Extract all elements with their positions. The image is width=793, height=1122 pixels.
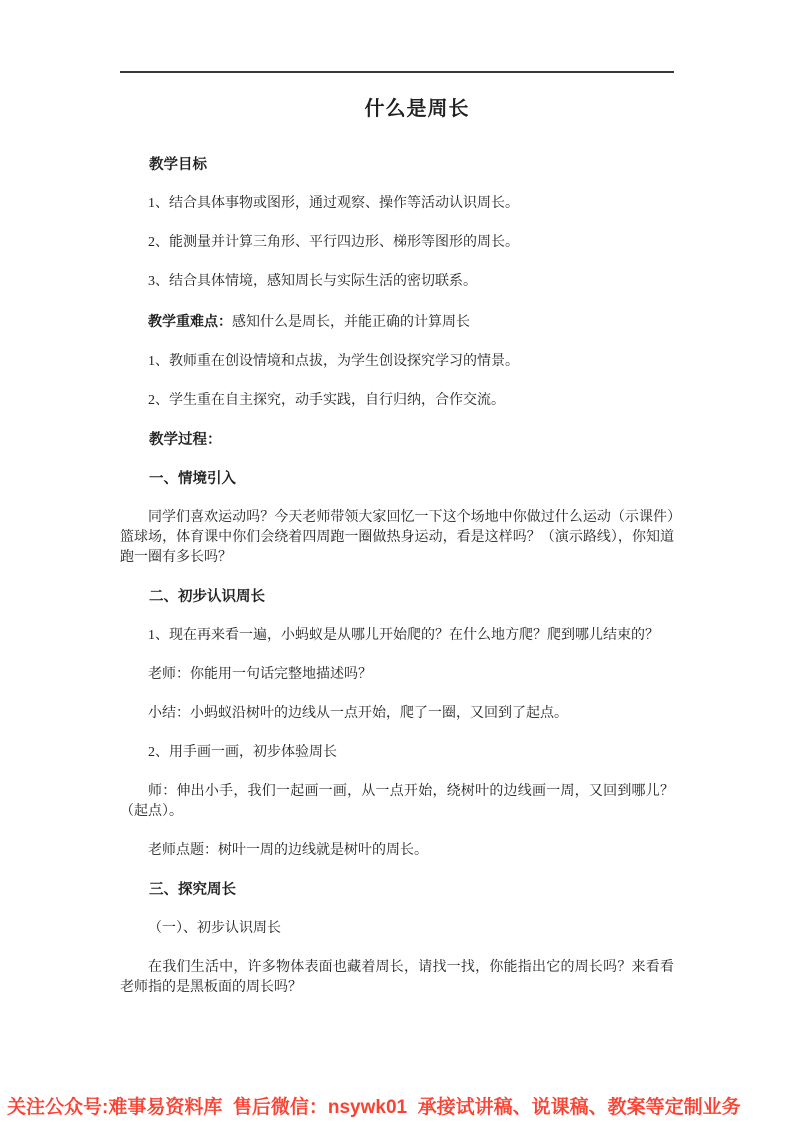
section-heading: 教学过程： — [120, 430, 674, 450]
document-page: 什么是周长 教学目标 1、结合具体事物或图形，通过观察、操作等活动认识周长。 2… — [0, 0, 793, 1122]
paragraph: 教学重难点：感知什么是周长，并能正确的计算周长 — [120, 311, 674, 333]
page-content: 什么是周长 教学目标 1、结合具体事物或图形，通过观察、操作等活动认识周长。 2… — [120, 0, 674, 1017]
section-heading: 三、探究周长 — [120, 880, 674, 900]
paragraph: 1、现在再来看一遍，小蚂蚁是从哪儿开始爬的？在什么地方爬？爬到哪儿结束的？ — [120, 626, 674, 646]
section-heading: 教学目标 — [120, 155, 674, 175]
document-body: 教学目标 1、结合具体事物或图形，通过观察、操作等活动认识周长。 2、能测量并计… — [120, 155, 674, 998]
paragraph: 老师：你能用一句话完整地描述吗？ — [120, 665, 674, 685]
paragraph: 师：伸出小手，我们一起画一画，从一点开始，绕树叶的边线画一周，又回到哪儿？（起点… — [120, 782, 674, 822]
section-heading: 一、情境引入 — [120, 469, 674, 489]
paragraph: 2、能测量并计算三角形、平行四边形、梯形等图形的周长。 — [120, 233, 674, 253]
paragraph: 3、结合具体情境，感知周长与实际生活的密切联系。 — [120, 272, 674, 292]
header-rule — [120, 71, 674, 73]
paragraph: 小结：小蚂蚁沿树叶的边线从一点开始，爬了一圈，又回到了起点。 — [120, 704, 674, 724]
footer-banner: 关注公众号:难事易资料库 售后微信：nsywk01 承接试讲稿、说课稿、教案等定… — [7, 1097, 793, 1119]
paragraph: 1、教师重在创设情境和点拔，为学生创设探究学习的情景。 — [120, 352, 674, 372]
key-points-text: 感知什么是周长，并能正确的计算周长 — [232, 315, 470, 330]
paragraph: 2、用手画一画，初步体验周长 — [120, 743, 674, 763]
paragraph: 同学们喜欢运动吗？今天老师带领大家回忆一下这个场地中你做过什么运动（示课件）篮球… — [120, 508, 674, 568]
document-title: 什么是周长 — [120, 97, 674, 122]
paragraph: 1、结合具体事物或图形，通过观察、操作等活动认识周长。 — [120, 194, 674, 214]
section-heading: 二、初步认识周长 — [120, 587, 674, 607]
key-points-label: 教学重难点： — [148, 313, 232, 329]
paragraph: 老师点题：树叶一周的边线就是树叶的周长。 — [120, 841, 674, 861]
paragraph: 在我们生活中，许多物体表面也藏着周长，请找一找，你能指出它的周长吗？来看看老师指… — [120, 958, 674, 998]
paragraph: 2、学生重在自主探究，动手实践，自行归纳，合作交流。 — [120, 391, 674, 411]
paragraph: （一）、初步认识周长 — [120, 919, 674, 939]
